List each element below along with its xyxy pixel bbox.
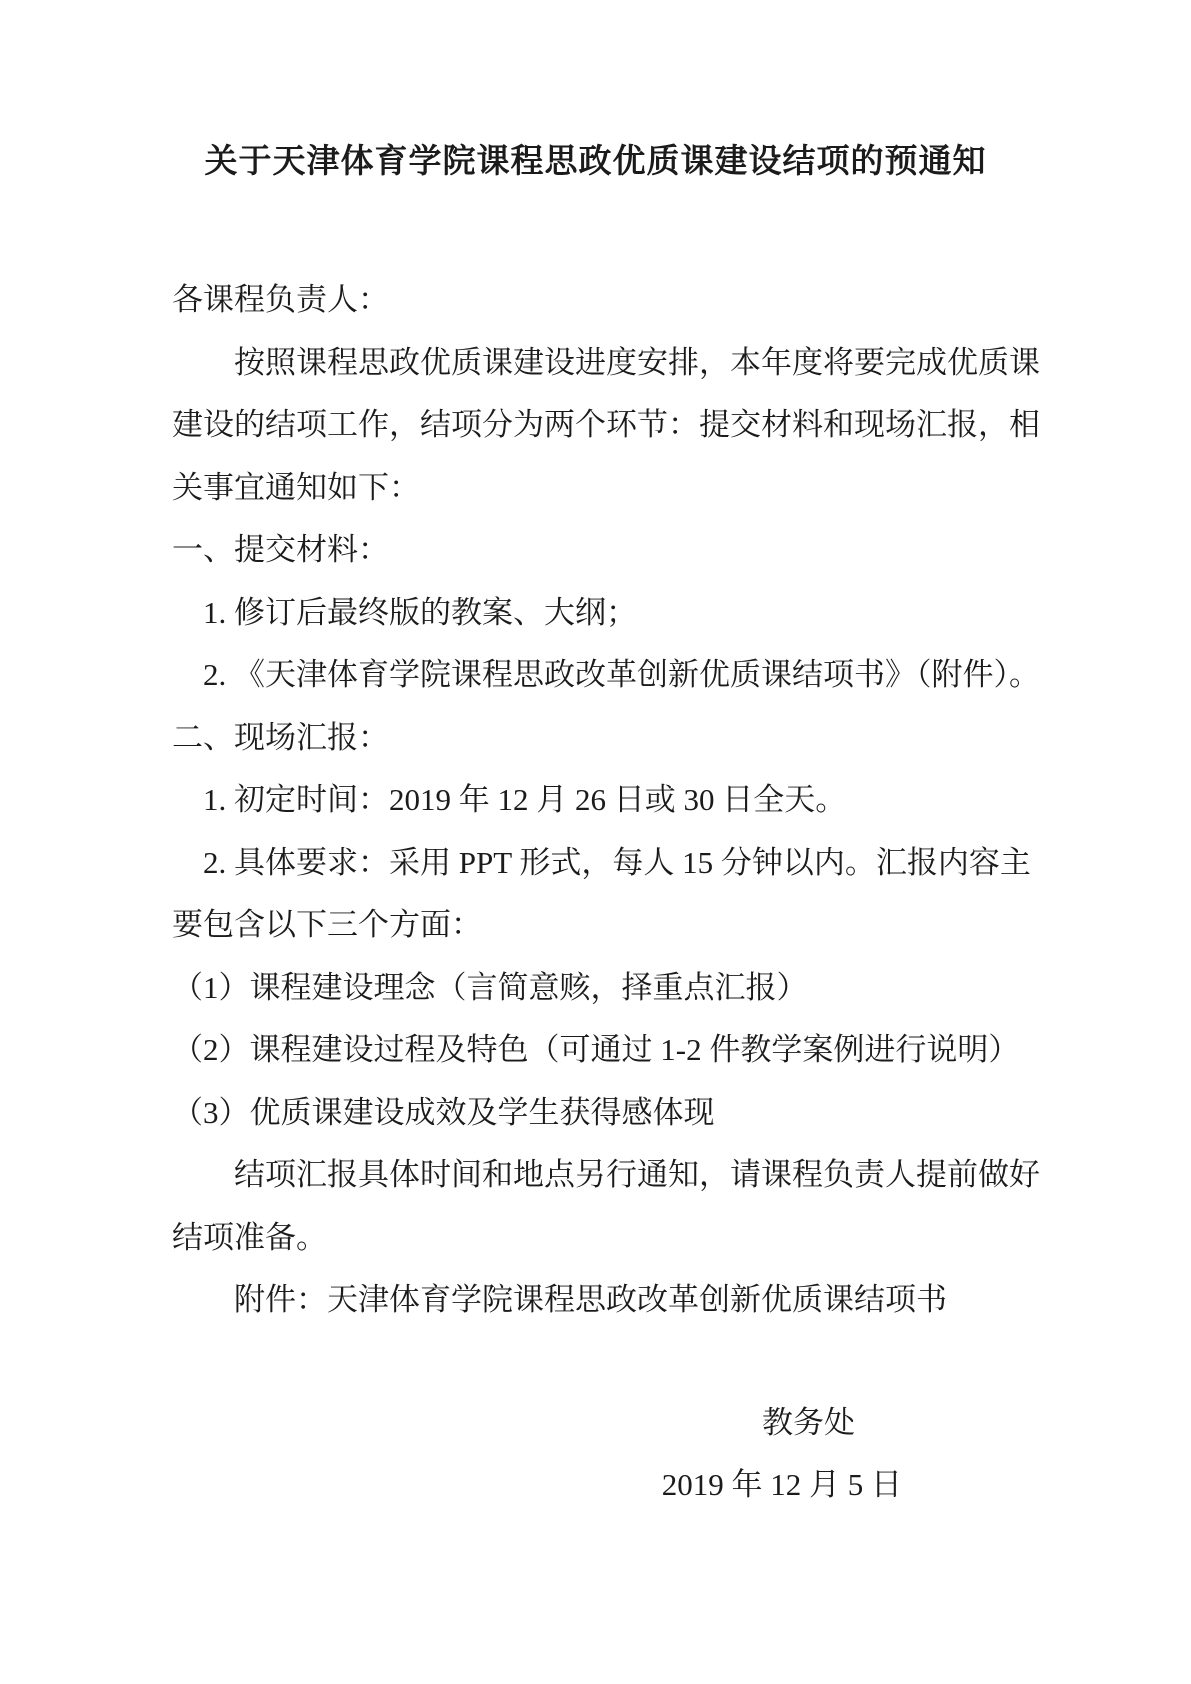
sub-point-line: （1）课程建设理念（言简意赅，择重点汇报） xyxy=(172,957,1022,1020)
body-line: 建设的结项工作，结项分为两个环节：提交材料和现场汇报，相 xyxy=(172,394,1022,457)
body-line: 关事宜通知如下： xyxy=(172,457,1022,520)
body-line: 按照课程思政优质课建设进度安排，本年度将要完成优质课 xyxy=(172,332,1022,395)
list-item: 2. 《天津体育学院课程思政改革创新优质课结项书》（附件）。 xyxy=(172,644,1022,707)
sub-point-line: （2）课程建设过程及特色（可通过 1-2 件教学案例进行说明） xyxy=(172,1019,1022,1082)
section-two-heading: 二、现场汇报： xyxy=(172,707,1022,770)
body-line: 结项汇报具体时间和地点另行通知，请课程负责人提前做好 xyxy=(172,1144,1022,1207)
attachment-line: 附件：天津体育学院课程思政改革创新优质课结项书 xyxy=(172,1269,1022,1332)
signature-department: 教务处 xyxy=(172,1392,855,1455)
body-line: 结项准备。 xyxy=(172,1207,1022,1270)
document-body: 各课程负责人： 按照课程思政优质课建设进度安排，本年度将要完成优质课 建设的结项… xyxy=(172,269,1022,1332)
body-line: 要包含以下三个方面： xyxy=(172,894,1022,957)
document-title: 关于天津体育学院课程思政优质课建设结项的预通知 xyxy=(0,0,1191,184)
signature-block: 教务处 2019 年 12 月 5 日 xyxy=(172,1392,1022,1517)
sub-point-line: （3）优质课建设成效及学生获得感体现 xyxy=(172,1082,1022,1145)
signature-date: 2019 年 12 月 5 日 xyxy=(172,1454,902,1517)
salutation-line: 各课程负责人： xyxy=(172,269,1022,332)
section-one-heading: 一、提交材料： xyxy=(172,519,1022,582)
list-item: 1. 修订后最终版的教案、大纲； xyxy=(172,582,1022,645)
list-item: 2. 具体要求：采用 PPT 形式，每人 15 分钟以内。汇报内容主 xyxy=(172,832,1022,895)
document-page: 关于天津体育学院课程思政优质课建设结项的预通知 各课程负责人： 按照课程思政优质… xyxy=(0,0,1191,1684)
list-item: 1. 初定时间：2019 年 12 月 26 日或 30 日全天。 xyxy=(172,769,1022,832)
